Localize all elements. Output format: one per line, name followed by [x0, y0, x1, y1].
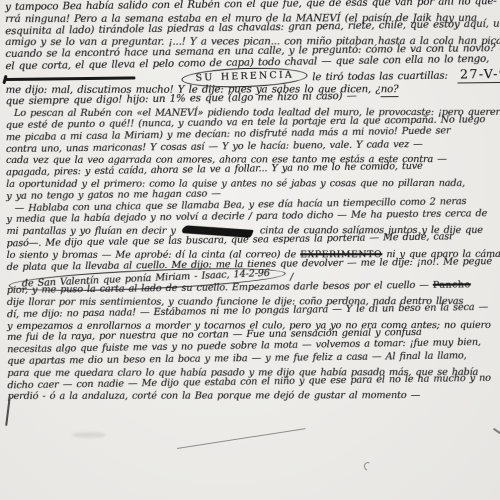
handwritten-text: le tiró todas las cuartillas:: [308, 70, 452, 83]
pen-descender-stroke: [5, 396, 10, 426]
paper-crease-line: [177, 428, 306, 449]
manuscript-page: y tampoco Bea había salido con el Rubén …: [0, 0, 500, 500]
underlined-date: 27-V-97: [458, 65, 500, 83]
arrow-mark: [5, 76, 135, 81]
struck-word: Pancho: [433, 279, 471, 290]
handwritten-text: perdió - ó a la andaluza, corté con la B…: [7, 390, 420, 402]
handwritten-line: perdió - ó a la andaluza, corté con la B…: [7, 390, 500, 403]
handwritten-text: y tampoco Bea había salido con el Rubén …: [5, 0, 497, 13]
handwritten-line: y tampoco Bea había salido con el Rubén …: [5, 0, 500, 14]
manuscript-lines: y tampoco Bea había salido con el Rubén …: [5, 0, 500, 403]
edge-pen-tick: [493, 428, 500, 434]
paper-smudge: [72, 432, 106, 438]
pen-curl-mark: [363, 461, 374, 472]
